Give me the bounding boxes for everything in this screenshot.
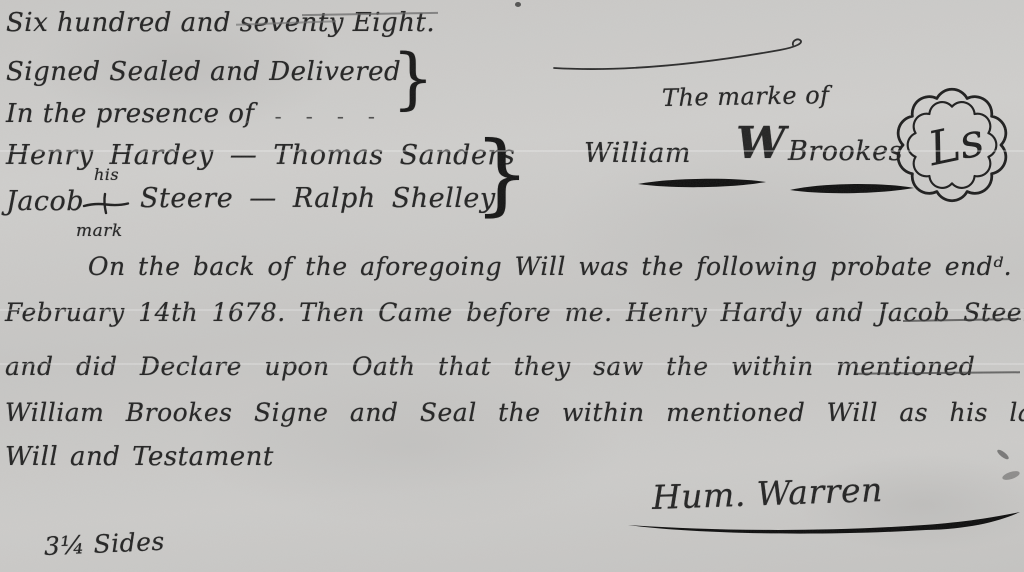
ink-smudge (996, 448, 1010, 461)
attestation-presence-line: In the presence of (6, 99, 255, 129)
probate-line-5: Will and Testament (5, 442, 274, 472)
jacob-steere-mark-cross-icon (82, 192, 130, 216)
manuscript-page: Six hundred and seventy Eight. Signed Se… (0, 0, 1024, 572)
mark-label: mark (76, 221, 123, 241)
his-label: his (94, 165, 119, 184)
witness-row-2: Steere — Ralph Shelley (140, 183, 496, 214)
probate-line-2: February 14th 1678. Then Came before me.… (5, 298, 1024, 327)
marke-of-caption: The marke of (662, 81, 830, 112)
witness-jacob-first-name: Jacob (6, 186, 84, 217)
ink-underline-stroke (788, 181, 916, 196)
ink-smudge (515, 2, 521, 7)
seal-ls-text: Ls (923, 113, 989, 177)
probate-line-1: On the back of the aforegoing Will was t… (88, 252, 1024, 281)
probate-line-3: and did Declare upon Oath that they saw … (5, 352, 975, 381)
ink-swash-flourish (552, 38, 814, 74)
witnesses-brace: } (474, 130, 531, 218)
footer-note: 3¼ Sides (43, 527, 165, 561)
testator-first-name: William (584, 138, 691, 169)
ink-smudge (1001, 469, 1020, 481)
witness-row-1: Henry Hardey — Thomas Sanders (6, 140, 515, 171)
signature-underline-flourish (626, 510, 1024, 534)
attestation-signed-line: Signed Sealed and Delivered (6, 57, 401, 87)
filler-dashes: . - - - - (244, 104, 384, 128)
attestation-brace: } (392, 46, 435, 112)
testator-mark-letter: W (736, 118, 786, 169)
ink-underline-stroke (636, 176, 768, 190)
probate-line-4: William Brookes Signe and Seal the withi… (5, 398, 1024, 427)
